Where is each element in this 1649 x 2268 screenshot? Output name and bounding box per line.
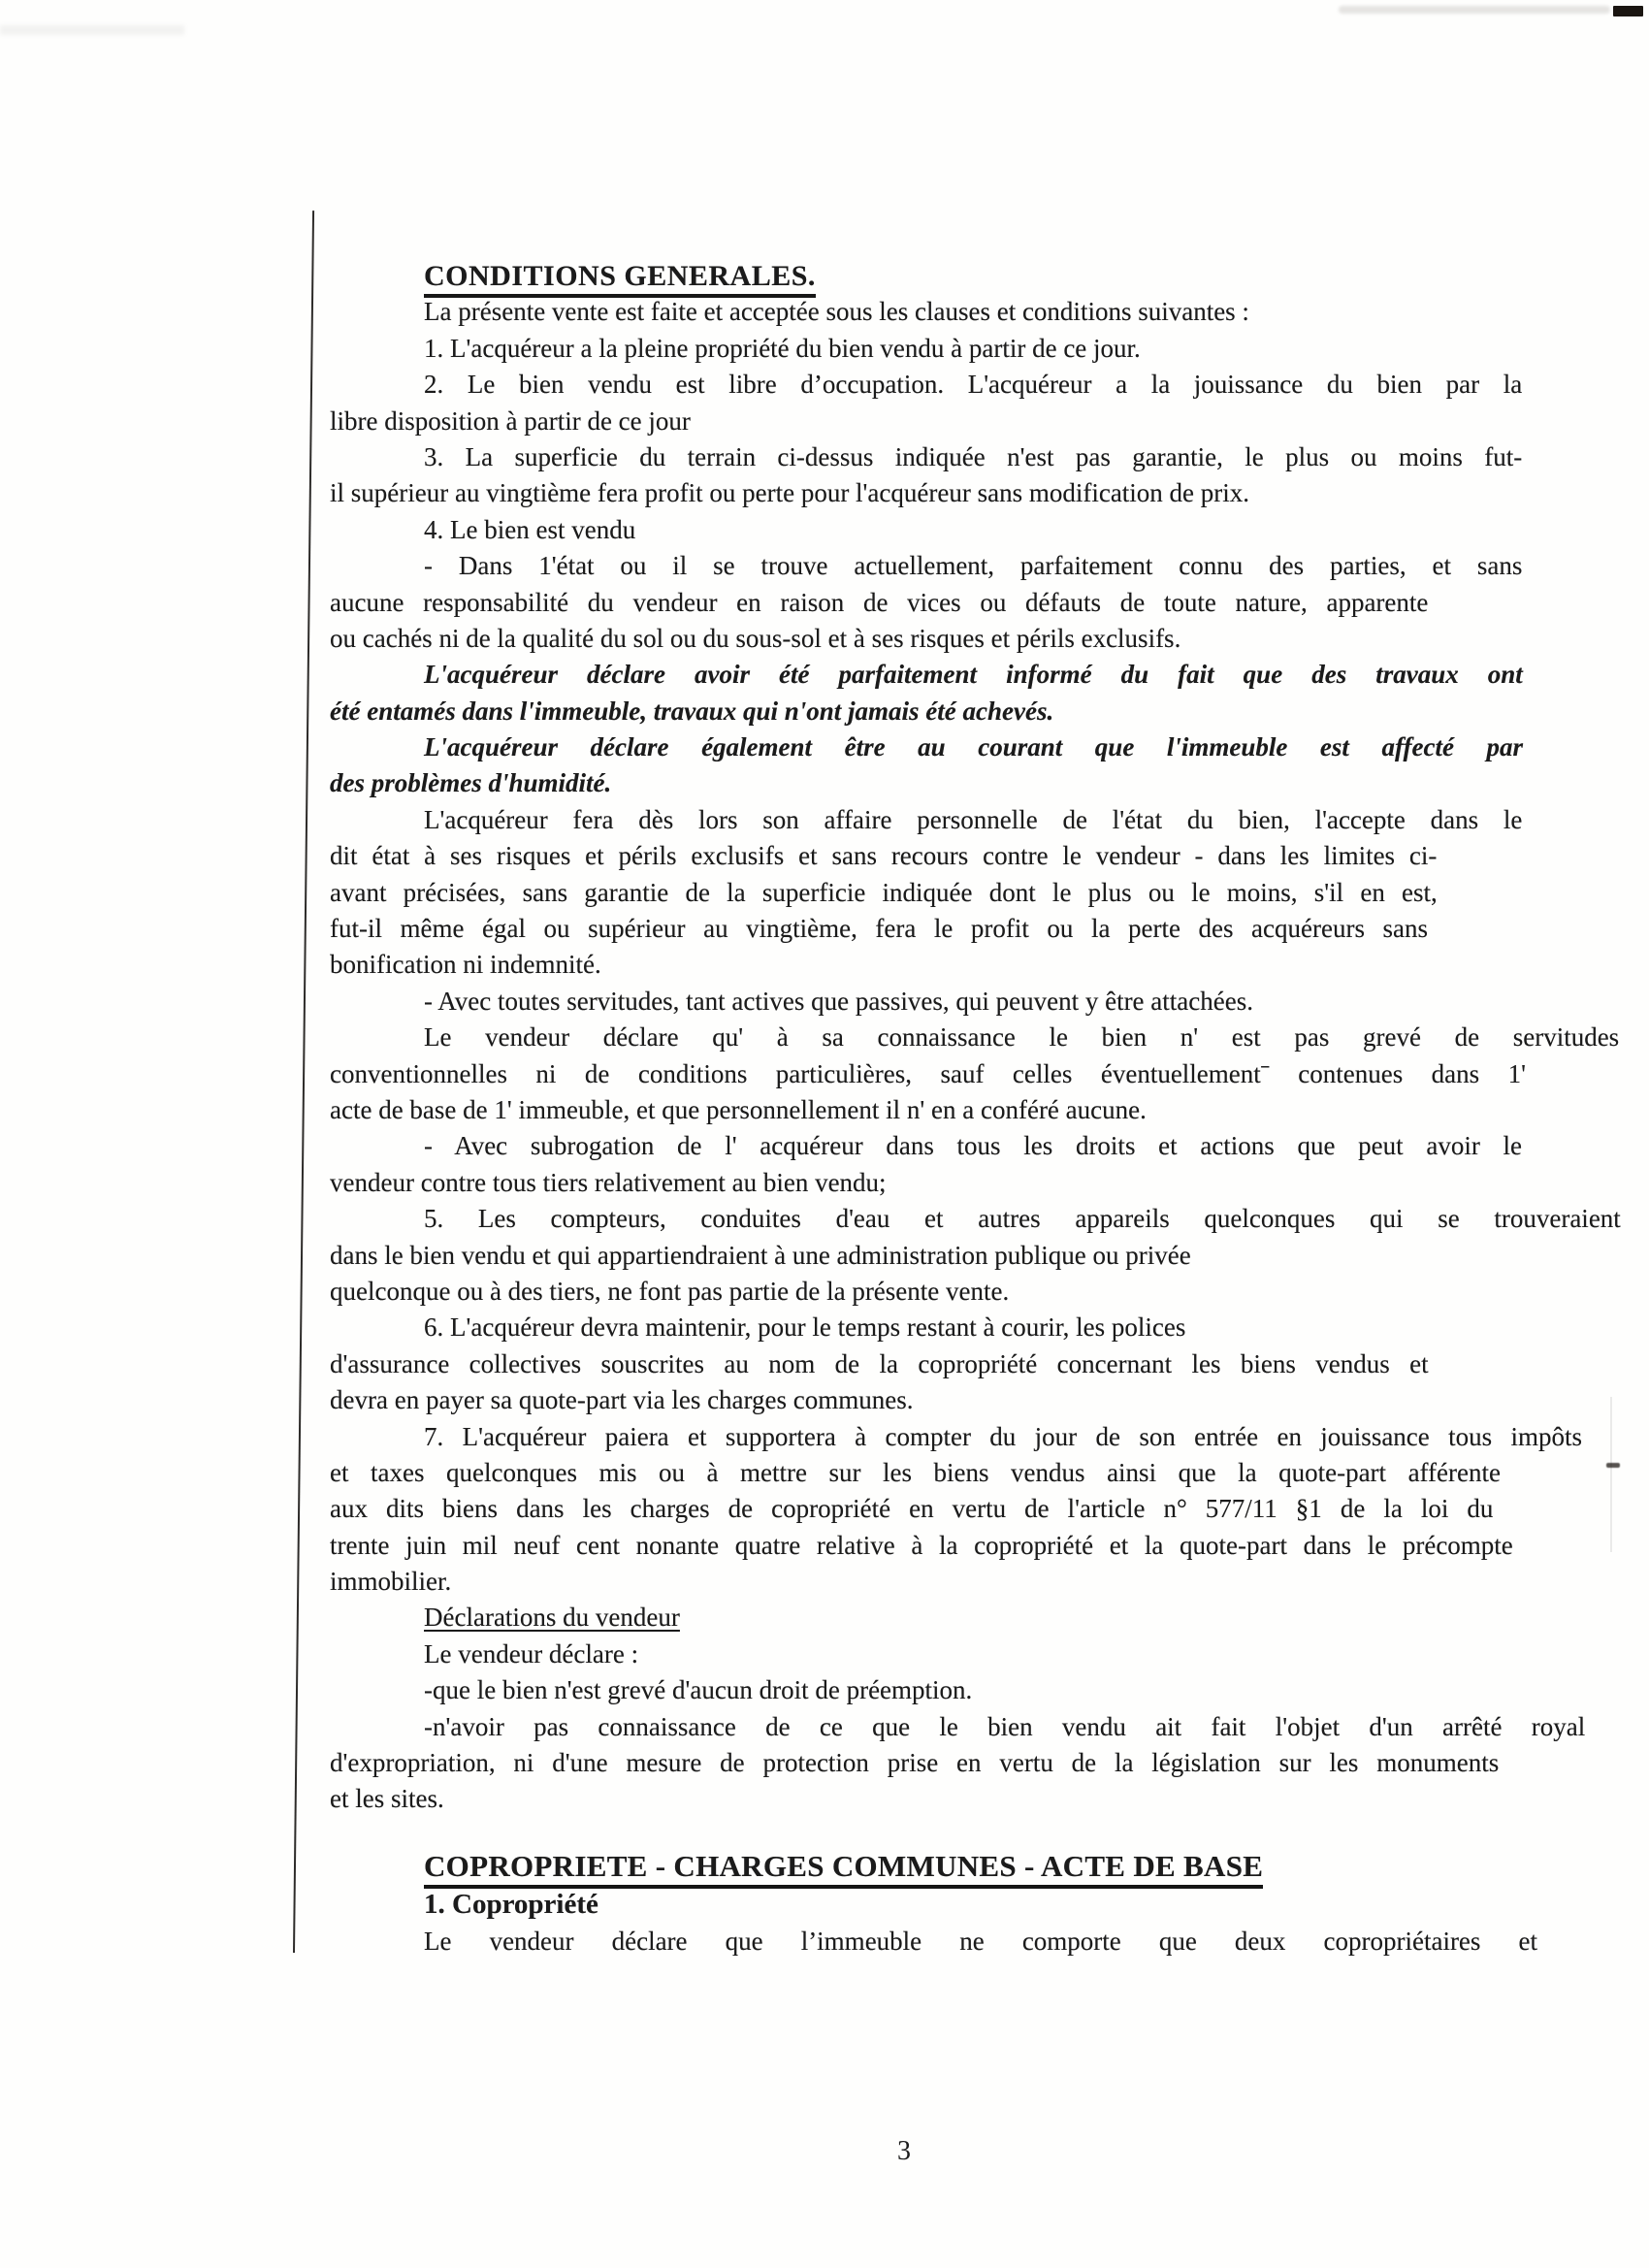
- text-line-content: vendeur contre tous tiers relativement a…: [330, 1165, 887, 1201]
- text-line: L'acquéreur déclare avoir été parfaiteme…: [330, 657, 1525, 693]
- text-line: acte de base de 1' immeuble, et que pers…: [330, 1092, 1431, 1128]
- text-line: trente juin mil neuf cent nonante quatre…: [330, 1528, 1516, 1564]
- text-line: 4. Le bien est vendu: [330, 512, 1525, 548]
- text-line: -n'avoir pas connaissance de ce que le b…: [330, 1709, 1588, 1745]
- text-line-content: 7. L'acquéreur paiera et supportera à co…: [424, 1419, 1582, 1455]
- text-line-content: avant précisées, sans garantie de la sup…: [330, 875, 1438, 911]
- text-line: Le vendeur déclare :: [330, 1636, 1525, 1672]
- text-line: fut-il même égal ou supérieur au vingtiè…: [330, 911, 1431, 947]
- text-line: quelconque ou à des tiers, ne font pas p…: [330, 1274, 1431, 1310]
- text-line: 1. L'acquéreur a la pleine propriété du …: [330, 331, 1525, 367]
- text-line-content: 3. La superficie du terrain ci-dessus in…: [424, 439, 1522, 475]
- text-line-content: Le vendeur déclare que l’immeuble ne com…: [424, 1924, 1537, 1960]
- document-page: CONDITIONS GENERALES.La présente vente e…: [0, 0, 1649, 2268]
- scan-smudge-left: [0, 25, 184, 35]
- text-line: d'assurance collectives souscrites au no…: [330, 1346, 1431, 1382]
- text-line-content: 1. L'acquéreur a la pleine propriété du …: [424, 331, 1141, 367]
- text-line: - Avec subrogation de l' acquéreur dans …: [330, 1128, 1525, 1164]
- text-line-content: conventionnelles ni de conditions partic…: [330, 1056, 1526, 1092]
- text-line-content: immobilier.: [330, 1564, 451, 1600]
- text-line: été entamés dans l'immeuble, travaux qui…: [330, 694, 1431, 729]
- text-line: il supérieur au vingtième fera profit ou…: [330, 475, 1431, 511]
- text-line-content: -que le bien n'est grevé d'aucun droit d…: [424, 1672, 972, 1708]
- section-heading: CONDITIONS GENERALES.: [330, 258, 1525, 294]
- text-line-content: devra en payer sa quote-part via les cha…: [330, 1382, 914, 1418]
- text-line-content: acte de base de 1' immeuble, et que pers…: [330, 1092, 1147, 1128]
- text-line-content: 2. Le bien vendu est libre d’occupation.…: [424, 367, 1522, 403]
- text-line: L'acquéreur déclare également être au co…: [330, 729, 1525, 765]
- section-heading: COPROPRIETE - CHARGES COMMUNES - ACTE DE…: [330, 1848, 1525, 1887]
- text-line-content: ou cachés ni de la qualité du sol ou du …: [330, 621, 1180, 657]
- margin-rule: [293, 211, 314, 1953]
- scan-corner-mark: [1613, 6, 1643, 16]
- text-line: 7. L'acquéreur paiera et supportera à co…: [330, 1419, 1585, 1455]
- text-line-content: 6. L'acquéreur devra maintenir, pour le …: [424, 1310, 1185, 1345]
- text-line-content: trente juin mil neuf cent nonante quatre…: [330, 1528, 1513, 1564]
- text-line: Le vendeur déclare que l’immeuble ne com…: [330, 1924, 1539, 1960]
- scan-streak: [1610, 1397, 1612, 1552]
- text-line: des problèmes d'humidité.: [330, 765, 1431, 801]
- text-line-content: Déclarations du vendeur: [424, 1600, 680, 1636]
- text-line: ou cachés ni de la qualité du sol ou du …: [330, 621, 1431, 657]
- text-line: - Avec toutes servitudes, tant actives q…: [330, 984, 1525, 1020]
- text-line-content: 4. Le bien est vendu: [424, 512, 635, 548]
- text-line-content: quelconque ou à des tiers, ne font pas p…: [330, 1274, 1009, 1310]
- text-line-content: des problèmes d'humidité.: [330, 765, 611, 801]
- text-line-content: et taxes quelconques mis ou à mettre sur…: [330, 1455, 1501, 1491]
- text-line-content: 1. Copropriété: [424, 1887, 598, 1923]
- text-line: L'acquéreur fera dès lors son affaire pe…: [330, 802, 1525, 838]
- text-line-content: CONDITIONS GENERALES.: [424, 258, 816, 298]
- text-line: 2. Le bien vendu est libre d’occupation.…: [330, 367, 1525, 403]
- text-line: devra en payer sa quote-part via les cha…: [330, 1382, 1431, 1418]
- text-line-content: été entamés dans l'immeuble, travaux qui…: [330, 694, 1053, 729]
- text-line: dit état à ses risques et périls exclusi…: [330, 838, 1440, 874]
- text-line-content: L'acquéreur déclare également être au co…: [424, 729, 1523, 765]
- text-line: 5. Les compteurs, conduites d'eau et aut…: [330, 1201, 1623, 1237]
- text-line-content: La présente vente est faite et acceptée …: [424, 294, 1249, 330]
- text-line: aucune responsabilité du vendeur en rais…: [330, 585, 1431, 621]
- text-line-content: Le vendeur déclare :: [424, 1636, 638, 1672]
- text-line: 3. La superficie du terrain ci-dessus in…: [330, 439, 1525, 475]
- stray-mark: [1606, 1463, 1620, 1468]
- document-text-block: CONDITIONS GENERALES.La présente vente e…: [330, 258, 1542, 1960]
- text-line-content: il supérieur au vingtième fera profit ou…: [330, 475, 1249, 511]
- text-line: dans le bien vendu et qui appartiendraie…: [330, 1238, 1431, 1274]
- text-line-content: aucune responsabilité du vendeur en rais…: [330, 585, 1428, 621]
- page-number: 3: [897, 2136, 911, 2167]
- text-line-content: Le vendeur déclare qu' à sa connaissance…: [424, 1020, 1619, 1055]
- text-line: d'expropriation, ni d'une mesure de prot…: [330, 1745, 1502, 1781]
- text-line: 6. L'acquéreur devra maintenir, pour le …: [330, 1310, 1525, 1345]
- subheading: 1. Copropriété: [330, 1887, 1525, 1924]
- text-line: immobilier.: [330, 1564, 1431, 1600]
- text-line-content: -n'avoir pas connaissance de ce que le b…: [424, 1709, 1585, 1745]
- text-line: et les sites.: [330, 1781, 1431, 1817]
- text-line-content: bonification ni indemnité.: [330, 947, 601, 983]
- text-line-content: d'assurance collectives souscrites au no…: [330, 1346, 1429, 1382]
- text-line: La présente vente est faite et acceptée …: [330, 294, 1525, 330]
- text-line-content: d'expropriation, ni d'une mesure de prot…: [330, 1745, 1499, 1781]
- text-line-content: dans le bien vendu et qui appartiendraie…: [330, 1238, 1191, 1274]
- text-line: vendeur contre tous tiers relativement a…: [330, 1165, 1431, 1201]
- text-line: Le vendeur déclare qu' à sa connaissance…: [330, 1020, 1622, 1055]
- text-line-content: - Avec subrogation de l' acquéreur dans …: [424, 1128, 1522, 1164]
- text-line: bonification ni indemnité.: [330, 947, 1431, 983]
- text-line: -que le bien n'est grevé d'aucun droit d…: [330, 1672, 1525, 1708]
- scan-smudge: [1339, 6, 1610, 14]
- text-line-content: fut-il même égal ou supérieur au vingtiè…: [330, 911, 1428, 947]
- text-line-content: aux dits biens dans les charges de copro…: [330, 1491, 1493, 1527]
- text-line-content: COPROPRIETE - CHARGES COMMUNES - ACTE DE…: [424, 1848, 1263, 1889]
- text-line-content: et les sites.: [330, 1781, 444, 1817]
- text-line: libre disposition à partir de ce jour: [330, 404, 1431, 439]
- text-line: - Dans 1'état ou il se trouve actuelleme…: [330, 548, 1525, 584]
- text-line-content: 5. Les compteurs, conduites d'eau et aut…: [424, 1201, 1621, 1237]
- text-line: conventionnelles ni de conditions partic…: [330, 1056, 1528, 1092]
- text-line-content: - Dans 1'état ou il se trouve actuelleme…: [424, 548, 1522, 584]
- underlined-heading: Déclarations du vendeur: [330, 1600, 1525, 1636]
- text-line: avant précisées, sans garantie de la sup…: [330, 875, 1440, 911]
- text-line-content: - Avec toutes servitudes, tant actives q…: [424, 984, 1253, 1020]
- text-line-content: L'acquéreur déclare avoir été parfaiteme…: [424, 657, 1523, 693]
- text-line-content: dit état à ses risques et périls exclusi…: [330, 838, 1437, 874]
- text-line-content: L'acquéreur fera dès lors son affaire pe…: [424, 802, 1522, 838]
- text-line: aux dits biens dans les charges de copro…: [330, 1491, 1497, 1527]
- text-line-content: libre disposition à partir de ce jour: [330, 404, 691, 439]
- text-line: et taxes quelconques mis ou à mettre sur…: [330, 1455, 1503, 1491]
